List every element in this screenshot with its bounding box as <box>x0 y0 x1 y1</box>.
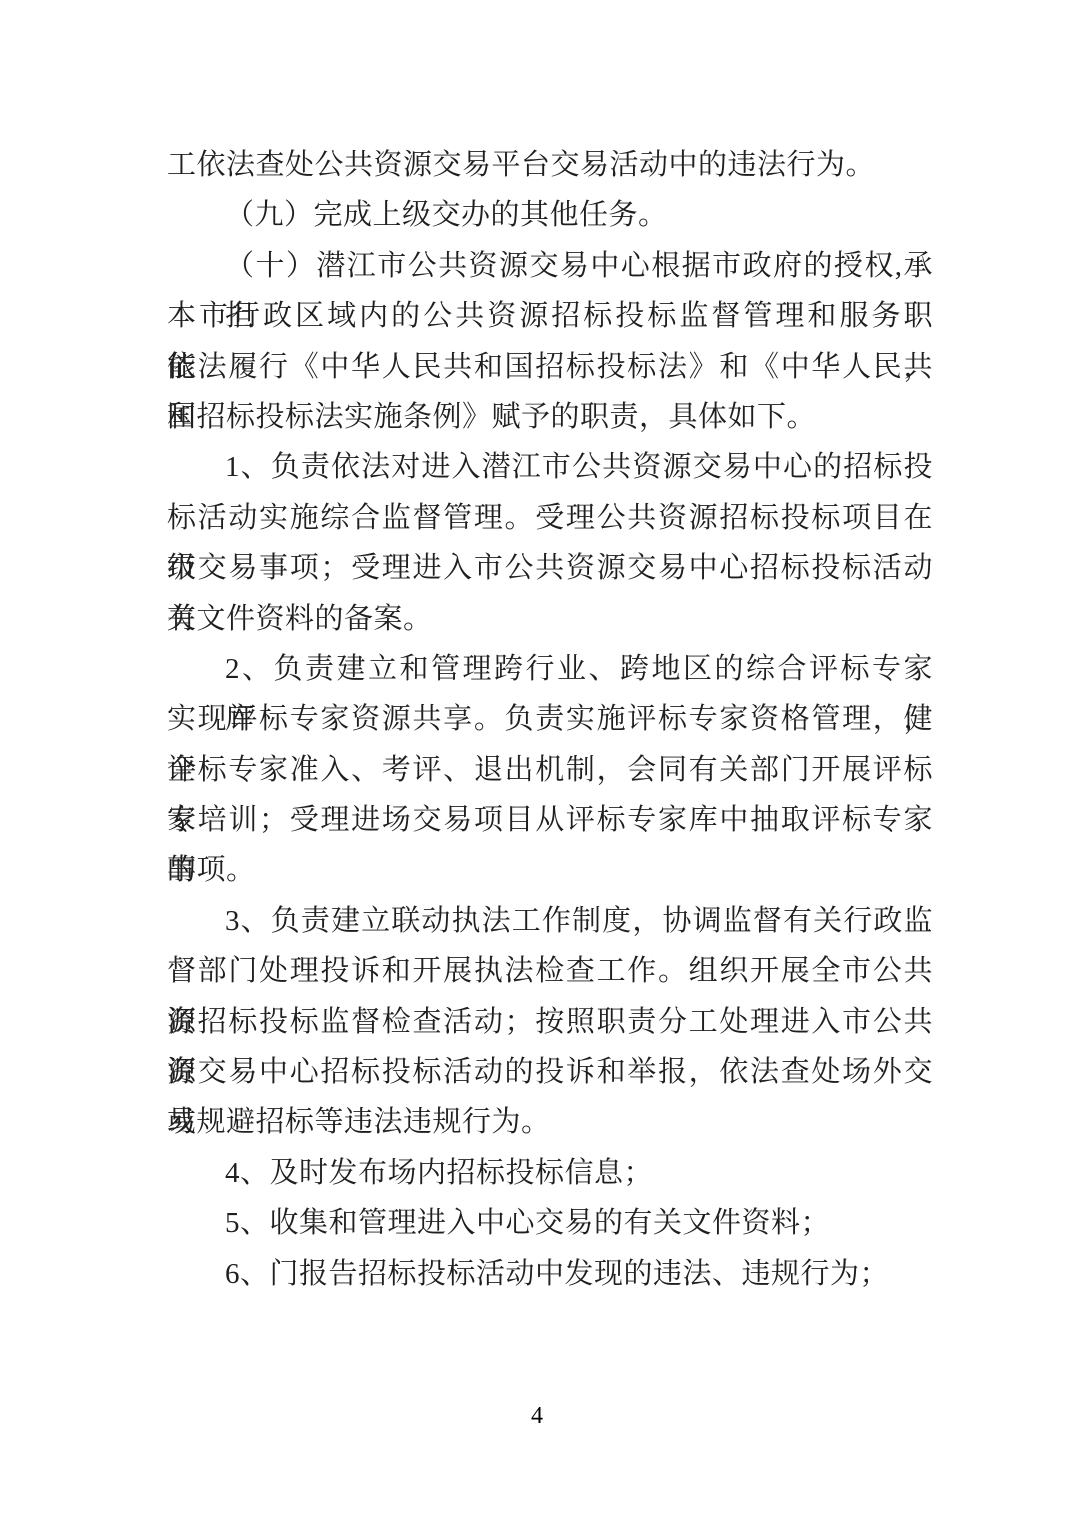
text-line: 或规避招标等违法违规行为。 <box>167 1097 933 1147</box>
text-line: 源交易中心招标投标活动的投诉和举报，依法查处场外交易 <box>167 1047 933 1097</box>
text-line: 国招标投标法实施条例》赋予的职责，具体如下。 <box>167 392 933 442</box>
text-line: 评标专家准入、考评、退出机制，会同有关部门开展评标专 <box>167 745 933 795</box>
text-line: 督部门处理投诉和开展执法检查工作。组织开展全市公共资 <box>167 946 933 996</box>
text-line: 工依法查处公共资源交易平台交易活动中的违法行为。 <box>167 140 933 190</box>
page-number: 4 <box>531 1403 543 1429</box>
text-line: 1、负责依法对进入潜江市公共资源交易中心的招标投 <box>167 442 933 492</box>
text-line: 事项。 <box>167 845 933 895</box>
text-line: 依法履行《中华人民共和国招标投标法》和《中华人民共和 <box>167 342 933 392</box>
document-page: 工依法查处公共资源交易平台交易活动中的违法行为。（九）完成上级交办的其他任务。（… <box>0 0 1074 1520</box>
text-line: 级交易事项；受理进入市公共资源交易中心招标投标活动有 <box>167 543 933 593</box>
text-line: 3、负责建立联动执法工作制度，协调监督有关行政监 <box>167 896 933 946</box>
text-line: 5、收集和管理进入中心交易的有关文件资料； <box>167 1198 933 1248</box>
text-block: 工依法查处公共资源交易平台交易活动中的违法行为。（九）完成上级交办的其他任务。（… <box>167 140 933 1299</box>
text-line: 4、及时发布场内招标投标信息； <box>167 1148 933 1198</box>
text-line: 实现评标专家资源共享。负责实施评标专家资格管理，健全 <box>167 694 933 744</box>
text-line: 2、负责建立和管理跨行业、跨地区的综合评标专家库， <box>167 644 933 694</box>
page-footer: 4 <box>0 1403 1074 1430</box>
text-line: 家培训；受理进场交易项目从评标专家库中抽取评标专家的 <box>167 795 933 845</box>
text-line: （九）完成上级交办的其他任务。 <box>167 190 933 240</box>
text-line: 关文件资料的备案。 <box>167 594 933 644</box>
text-line: 源招标投标监督检查活动；按照职责分工处理进入市公共资 <box>167 997 933 1047</box>
text-line: 本市行政区域内的公共资源招标投标监督管理和服务职能， <box>167 291 933 341</box>
text-line: （十）潜江市公共资源交易中心根据市政府的授权,承担 <box>167 241 933 291</box>
text-line: 6、门报告招标投标活动中发现的违法、违规行为； <box>167 1249 933 1299</box>
text-line: 标活动实施综合监督管理。受理公共资源招标投标项目在市 <box>167 493 933 543</box>
